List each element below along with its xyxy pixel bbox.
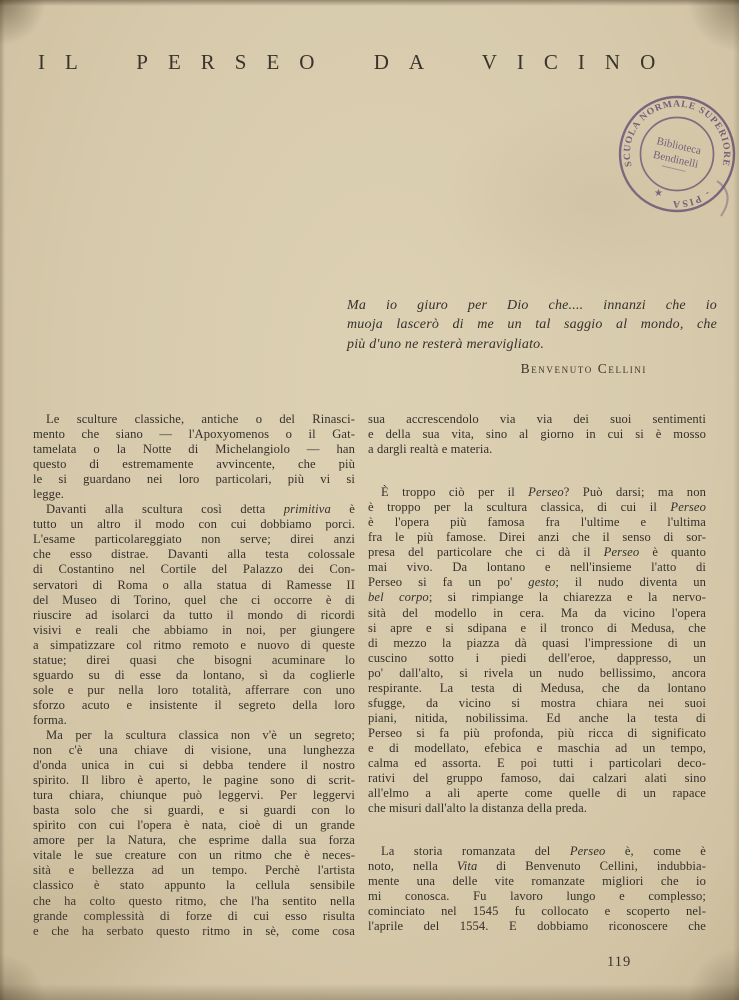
book-page: IL PERSEO DA VICINO SCUOLA NORMALE SUPER…	[0, 0, 739, 1000]
page-title: IL PERSEO DA VICINO	[38, 50, 675, 75]
text-line: vitale le sue creature con un ritmo che …	[33, 848, 355, 863]
text-line: La storia romanzata del Perseo è, come è	[368, 844, 706, 859]
epigraph-attribution: Benvenuto Cellini	[347, 359, 717, 378]
text-line: sfugge, da vicino si mostra chiara nei s…	[368, 696, 706, 711]
text-line: piani, nitida, nobilissima. Ed anche la …	[368, 711, 706, 726]
page-number: 119	[607, 954, 631, 971]
text-line: respirante. La testa di Medusa, che da l…	[368, 681, 706, 696]
library-stamp: SCUOLA NORMALE SUPERIORE - PISA ★ Biblio…	[602, 79, 739, 229]
stamp-ink-flourish	[717, 181, 728, 216]
text-line: Ma io giuro per Dio che.... innanzi che …	[347, 296, 717, 315]
text-line: servatori di Roma o alla statua di Rames…	[33, 578, 355, 593]
text-line: Perseo si fa un po' gesto; il nudo diven…	[368, 575, 706, 590]
text-line: sità e bellezza ad un tempo. Perchè l'ar…	[33, 863, 355, 878]
text-line: questo di estremamente avvincente, che p…	[33, 457, 355, 472]
text-line: a simpatizzare col ritmo remoto e nuovo …	[33, 638, 355, 653]
text-line: Ma per la scultura classica non v'è un s…	[33, 728, 355, 743]
text-line: è troppo per la scultura classica, di cu…	[368, 500, 706, 515]
text-line: di mezzo la piazza dà quasi l'impression…	[368, 636, 706, 651]
text-line: spirito con cui l'opera è nata, cioè di …	[33, 818, 355, 833]
text-line: mento che siano — l'Apoxyomenos o il Gat…	[33, 427, 355, 442]
text-line: rativi del gruppo famoso, dai calzari al…	[368, 771, 706, 786]
text-line: e della sua vita, sino al giorno in cui …	[368, 427, 706, 442]
text-line: mi conosca. Fu lavoro lungo e complesso;	[368, 889, 706, 904]
text-line: grande complessità di forze di cui esso …	[33, 909, 355, 924]
text-line: È troppo ciò per il Perseo? Può darsi; m…	[368, 485, 706, 500]
text-line: mente una delle vite romanzate migliori …	[368, 874, 706, 889]
text-line: sole e pur nella loro totalità, afferrar…	[33, 683, 355, 698]
text-line: basta solo che si guardi, e si guardi co…	[33, 803, 355, 818]
text-line: presa del particolare che ci dà il Perse…	[368, 545, 706, 560]
text-line: d'onda unica in cui si debba tendere il …	[33, 758, 355, 773]
text-line: calma ed assorta. E poi tutti i particol…	[368, 756, 706, 771]
text-line: a dargli realtà e materia.	[368, 442, 706, 457]
text-column-left: Le sculture classiche, antiche o del Rin…	[33, 412, 355, 939]
paragraph: La storia romanzata del Perseo è, come è…	[368, 844, 706, 934]
paragraph: È troppo ciò per il Perseo? Può darsi; m…	[368, 485, 706, 816]
text-line: statue; direi quasi che bisogni acuminar…	[33, 653, 355, 668]
text-line: amore per la Natura, che esprime dalla s…	[33, 833, 355, 848]
text-line: forma.	[33, 713, 355, 728]
text-line: visivi e reali che abbiamo in noi, per g…	[33, 623, 355, 638]
paragraph: Davanti alla scultura così detta primiti…	[33, 502, 355, 728]
text-line: Perseo si fa più profonda, più ricca di …	[368, 726, 706, 741]
text-line: Davanti alla scultura così detta primiti…	[33, 502, 355, 517]
text-line: sguardo su di esse da lontano, sì da cog…	[33, 668, 355, 683]
text-line: sforzo acuto e insistente il segreto del…	[33, 698, 355, 713]
text-line: fra le più famose. Direi anzi che il sen…	[368, 530, 706, 545]
text-line: e di modellato, efebica e maschia ad un …	[368, 741, 706, 756]
text-line: bel corpo; si rimpiange la chiarezza e l…	[368, 590, 706, 605]
text-line: L'esame particolareggiato non serve; dir…	[33, 532, 355, 547]
text-line: noto, nella Vita di Benvenuto Cellini, i…	[368, 859, 706, 874]
text-line: all'elmo a ali aperte come quelle di un …	[368, 786, 706, 801]
text-line: sità del modello in cera. Ma da vicino l…	[368, 606, 706, 621]
text-line: che misuri dall'alto la distanza della p…	[368, 801, 706, 816]
text-line: Le sculture classiche, antiche o del Rin…	[33, 412, 355, 427]
epigraph-lines: Ma io giuro per Dio che.... innanzi che …	[347, 296, 717, 354]
text-line: e che ha serbato questo ritmo in sè, com…	[33, 924, 355, 939]
text-line: riuscire ad isolarci da tutto il mondo d…	[33, 608, 355, 623]
text-line: po' dall'alto, si rivela un nudo belliss…	[368, 666, 706, 681]
text-line: si apre e si sdipana e il tronco di Medu…	[368, 621, 706, 636]
text-line: sua accrescendolo via via dei suoi senti…	[368, 412, 706, 427]
text-line: tamelata o la Notte di Michelangiolo — h…	[33, 442, 355, 457]
text-line: cominciato nel 1545 fu collocato e scope…	[368, 904, 706, 919]
text-line: più d'uno ne resterà meravigliato.	[347, 335, 717, 354]
text-line: che ha colto questo ritmo, che l'ha sent…	[33, 894, 355, 909]
text-line: non c'è una chiave di visione, una lungh…	[33, 743, 355, 758]
text-line: è l'opera più famosa fra l'ultime e l'ul…	[368, 515, 706, 530]
paragraph: Le sculture classiche, antiche o del Rin…	[33, 412, 355, 502]
epigraph: Ma io giuro per Dio che.... innanzi che …	[347, 296, 717, 378]
text-column-right: sua accrescendolo via via dei suoi senti…	[368, 412, 706, 934]
text-line: del Museo di Torino, quel che ci occorre…	[33, 593, 355, 608]
text-line: di Costantino nel Cortile del Palazzo de…	[33, 562, 355, 577]
text-line: mai vivo. Da lontano e nell'insieme l'at…	[368, 560, 706, 575]
text-line: le si guardano nei loro particolari, più…	[33, 472, 355, 487]
text-line: classico è stato appunto la cellula sens…	[33, 878, 355, 893]
paragraph: sua accrescendolo via via dei suoi senti…	[368, 412, 706, 457]
text-line: cuscino sotto i piedi dell'eroe, dappres…	[368, 651, 706, 666]
text-line: muoja lascerò di me un tal saggio al mon…	[347, 315, 717, 334]
text-line: l'aprile del 1554. E dobbiamo riconoscer…	[368, 919, 706, 934]
stamp-star-icon: ★	[654, 188, 663, 199]
text-line: tutto un altro il modo con cui dobbiamo …	[33, 517, 355, 532]
text-line: legge.	[33, 487, 355, 502]
text-line: tura chiara, chiunque può leggervi. Per …	[33, 788, 355, 803]
text-line: spirito. Il libro è aperto, le pagine so…	[33, 773, 355, 788]
text-line: che esso distrae. Davanti alla testa col…	[33, 547, 355, 562]
paragraph: Ma per la scultura classica non v'è un s…	[33, 728, 355, 939]
